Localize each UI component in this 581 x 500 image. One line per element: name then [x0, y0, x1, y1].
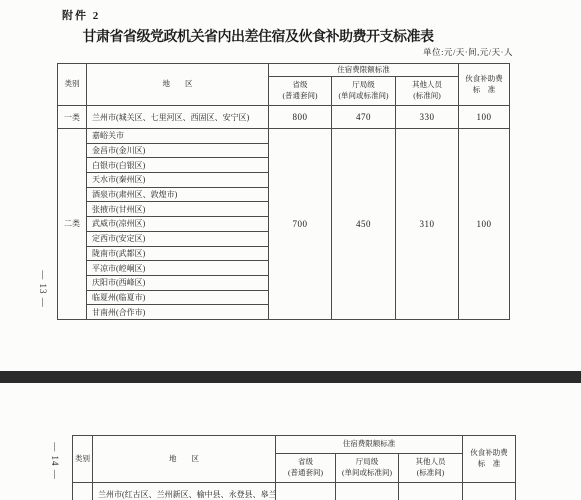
- region-cell: 武威市(凉州区): [87, 217, 269, 232]
- class2-label: 二类: [58, 129, 87, 320]
- header-other-personnel-title: 其他人员: [399, 457, 462, 468]
- header-provincial-level: 省级 (普通套间): [276, 454, 336, 483]
- header-lodging-limit-group: 住宿费限额标准: [269, 64, 459, 77]
- class2-bureau-rate: 450: [332, 129, 396, 320]
- region-cell: 甘南州(合作市): [87, 305, 269, 320]
- class1-other-rate: 330: [396, 106, 459, 129]
- region-cell: 白银市(白银区): [87, 158, 269, 173]
- standards-table-page13: 类别 地 区 住宿费限额标准 伙食补助费 标 准 省级 (普通套间) 厅局级 (…: [57, 63, 510, 320]
- header-row-1: 类别 地 区 住宿费限额标准 伙食补助费 标 准: [73, 436, 516, 454]
- header-bureau-level-title: 厅局级: [336, 457, 398, 468]
- header-bureau-level: 厅局级 (单间或标准间): [332, 77, 396, 106]
- document-title: 甘肃省省级党政机关省内出差住宿及伙食补助费开支标准表: [58, 26, 458, 46]
- class1-region: 兰州市(城关区、七里河区、西固区、安宁区): [87, 106, 269, 129]
- header-region: 地 区: [93, 436, 276, 483]
- page-separator-band: [0, 371, 581, 383]
- category-cell-empty: [73, 483, 93, 500]
- meal-rate-cell-empty: [463, 483, 516, 500]
- class2-provincial-rate: 700: [269, 129, 332, 320]
- standards-table-page14: 类别 地 区 住宿费限额标准 伙食补助费 标 准 省级 (普通套间) 厅局级 (…: [72, 435, 516, 500]
- region-cell: 酒泉市(肃州区、敦煌市): [87, 187, 269, 202]
- region-cell: 天水市(秦州区): [87, 173, 269, 188]
- header-meal-subsidy-line1: 伙食补助费: [459, 74, 509, 85]
- region-cell: 定西市(安定区): [87, 231, 269, 246]
- class1-bureau-rate: 470: [332, 106, 396, 129]
- region-cell: 平凉市(崆峒区): [87, 261, 269, 276]
- header-bureau-level-title: 厅局级: [332, 80, 395, 91]
- provincial-rate-cell-empty: [276, 483, 336, 500]
- region-cell: 嘉峪关市: [87, 129, 269, 144]
- header-row-1: 类别 地 区 住宿费限额标准 伙食补助费 标 准: [58, 64, 510, 77]
- header-meal-subsidy-line2: 标 准: [463, 459, 515, 470]
- region-cell: 张掖市(甘州区): [87, 202, 269, 217]
- page-number-13: — 13 —: [38, 254, 48, 324]
- header-other-personnel-sub: (标准间): [396, 91, 458, 102]
- bureau-rate-cell-empty: [336, 483, 399, 500]
- class1-meal-rate: 100: [459, 106, 510, 129]
- region-cell: 庆阳市(西峰区): [87, 275, 269, 290]
- header-provincial-level: 省级 (普通套间): [269, 77, 332, 106]
- class2-meal-rate: 100: [459, 129, 510, 320]
- attachment-label: 附件 2: [62, 7, 100, 23]
- header-provincial-level-sub: (普通套间): [276, 468, 335, 479]
- first-data-row: 兰州市(红古区、兰州新区、榆中县、永登县、皋兰县): [73, 483, 516, 500]
- header-other-personnel-sub: (标准间): [399, 468, 462, 479]
- scanned-document-page: 附件 2 甘肃省省级党政机关省内出差住宿及伙食补助费开支标准表 单位:元/天·间…: [0, 0, 581, 500]
- header-meal-subsidy-line2: 标 准: [459, 85, 509, 96]
- header-meal-subsidy: 伙食补助费 标 准: [463, 436, 516, 483]
- header-other-personnel-title: 其他人员: [396, 80, 458, 91]
- unit-note: 单位:元/天·间,元/天·人: [423, 46, 513, 58]
- class1-row: 一类 兰州市(城关区、七里河区、西固区、安宁区) 800 470 330 100: [58, 106, 510, 129]
- header-meal-subsidy-line1: 伙食补助费: [463, 448, 515, 459]
- header-lodging-limit-group: 住宿费限额标准: [276, 436, 463, 454]
- class1-label: 一类: [58, 106, 87, 129]
- header-category: 类别: [73, 436, 93, 483]
- header-region: 地 区: [87, 64, 269, 106]
- other-rate-cell-empty: [399, 483, 463, 500]
- header-provincial-level-title: 省级: [269, 80, 331, 91]
- region-cell: 金昌市(金川区): [87, 143, 269, 158]
- header-other-personnel: 其他人员 (标准间): [396, 77, 459, 106]
- page-number-14: — 14 —: [50, 426, 60, 496]
- header-provincial-level-sub: (普通套间): [269, 91, 331, 102]
- region-cell: 兰州市(红古区、兰州新区、榆中县、永登县、皋兰县): [93, 483, 276, 500]
- header-other-personnel: 其他人员 (标准间): [399, 454, 463, 483]
- class2-other-rate: 310: [396, 129, 459, 320]
- header-provincial-level-title: 省级: [276, 457, 335, 468]
- header-meal-subsidy: 伙食补助费 标 准: [459, 64, 510, 106]
- header-bureau-level-sub: (单间或标准间): [332, 91, 395, 102]
- header-bureau-level: 厅局级 (单间或标准间): [336, 454, 399, 483]
- region-cell: 陇南市(武都区): [87, 246, 269, 261]
- header-category: 类别: [58, 64, 87, 106]
- header-bureau-level-sub: (单间或标准间): [336, 468, 398, 479]
- class1-provincial-rate: 800: [269, 106, 332, 129]
- region-cell: 临夏州(临夏市): [87, 290, 269, 305]
- class2-region-row: 二类 嘉峪关市 700 450 310 100: [58, 129, 510, 144]
